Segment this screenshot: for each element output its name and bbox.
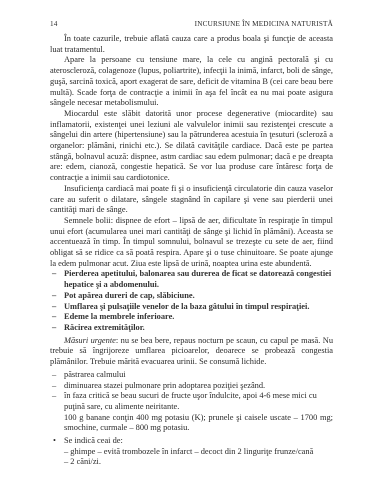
- tea-line: – ghimpe – evită trombozele în infarct –…: [64, 447, 333, 458]
- potassium-note: 100 g banane conţin 400 mg potasiu (K); …: [50, 413, 333, 434]
- list-item: –Umflarea şi pulsaţiile venelor de la ba…: [50, 302, 333, 313]
- paragraph-intro: În toate cazurile, trebuie aflată cauza …: [50, 34, 333, 55]
- dash-icon: –: [52, 323, 56, 334]
- teas-heading: Se indică ceai de:: [64, 436, 123, 445]
- paragraph-urgent-measures: Măsuri urgente: nu se bea bere, repaus n…: [50, 336, 333, 368]
- urgent-list: –păstrarea calmului –diminuarea stazei p…: [50, 370, 333, 413]
- list-item: –diminuarea stazei pulmonare prin adopta…: [50, 381, 333, 392]
- urgent-label: Măsuri urgente: [64, 336, 116, 345]
- dash-icon: –: [52, 312, 56, 323]
- bullet-icon: •: [53, 436, 56, 447]
- page-number: 14: [50, 19, 57, 29]
- book-page: 14 INCURSIUNE ÎN MEDICINA NATURISTĂ În t…: [50, 19, 333, 468]
- paragraph-causes: Apare la persoane cu tensiune mare, la c…: [50, 55, 333, 109]
- dash-icon: –: [52, 269, 56, 280]
- symptoms-list: –Pierderea apetitului, balonarea sau dur…: [50, 269, 333, 333]
- page-header: 14 INCURSIUNE ÎN MEDICINA NATURISTĂ: [50, 19, 333, 29]
- paragraph-myocardium: Miocardul este slăbit datorită unor proc…: [50, 109, 333, 184]
- tea-line: – 2 căni/zi.: [64, 457, 333, 468]
- dash-icon: –: [52, 370, 56, 381]
- teas-list: • Se indică ceai de: – ghimpe – evită tr…: [50, 436, 333, 468]
- list-item: –în faza critică se beau sucuri de fruct…: [50, 391, 333, 412]
- list-item: –Răcirea extremităţilor.: [50, 323, 333, 334]
- dash-icon: –: [52, 291, 56, 302]
- list-item: –Pot apărea dureri de cap, slăbiciune.: [50, 291, 333, 302]
- list-item: –păstrarea calmului: [50, 370, 333, 381]
- list-item: –Edeme la membrele inferioare.: [50, 312, 333, 323]
- list-item: • Se indică ceai de: – ghimpe – evită tr…: [50, 436, 333, 468]
- dash-icon: –: [52, 381, 56, 392]
- running-title: INCURSIUNE ÎN MEDICINA NATURISTĂ: [195, 19, 333, 29]
- paragraph-symptoms: Semnele bolii: dispnee de efort – lipsă …: [50, 216, 333, 270]
- list-item: –Pierderea apetitului, balonarea sau dur…: [50, 269, 333, 290]
- paragraph-circulatory: Insuficienţa cardiacă mai poate fi şi o …: [50, 184, 333, 216]
- dash-icon: –: [52, 302, 56, 313]
- dash-icon: –: [52, 391, 56, 402]
